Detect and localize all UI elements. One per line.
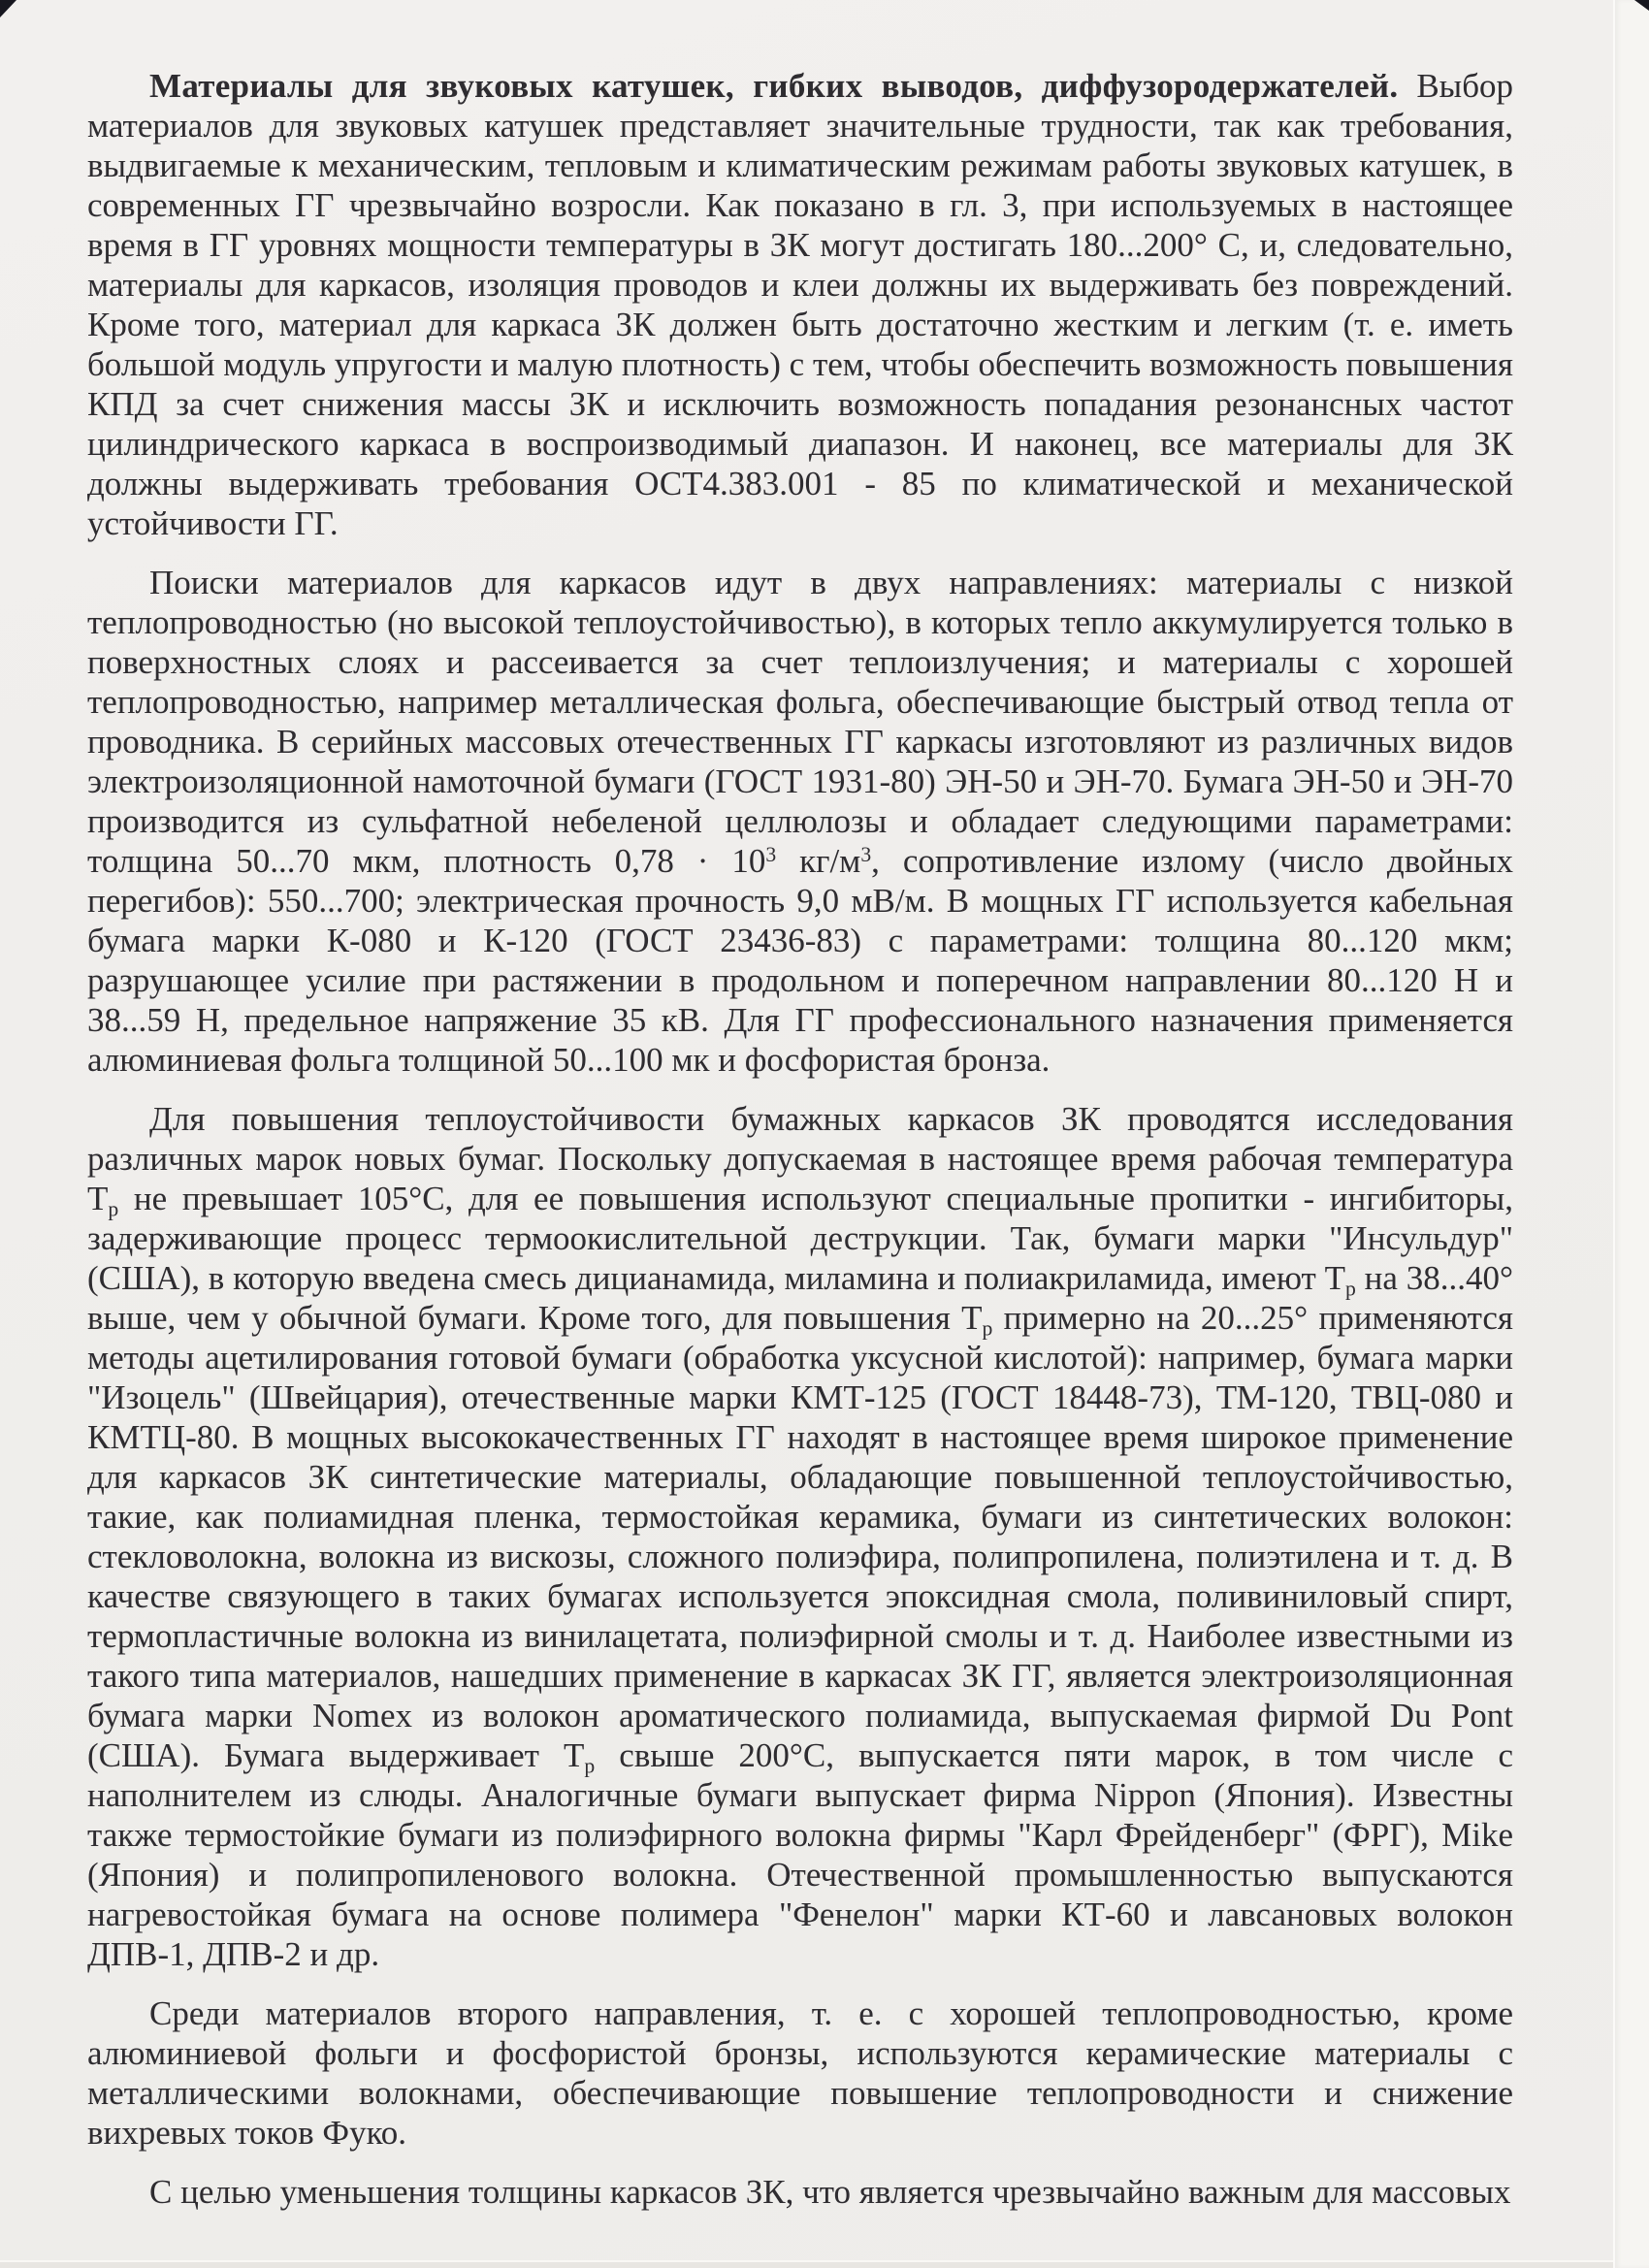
text-block: Материалы для звуковых катушек, гибких в… [87, 66, 1513, 2212]
paragraph-3: Для повышения теплоустойчивости бумажных… [87, 1099, 1513, 1974]
paragraph-1: Материалы для звуковых катушек, гибких в… [87, 66, 1513, 543]
paragraph-2: Поиски материалов для каркасов идут в дв… [87, 563, 1513, 1080]
paragraph-5: С целью уменьшения толщины каркасов ЗК, … [87, 2172, 1513, 2212]
superscript-run: 3 [765, 843, 776, 866]
text-run: не превышает 105°С, для ее повышения исп… [87, 1180, 1513, 1297]
text-run: Среди материалов второго направления, т.… [87, 1994, 1513, 2152]
text-run: примерно на 20...25° применяются методы … [87, 1299, 1513, 1774]
scanner-corner-top-left-icon [0, 0, 16, 17]
subscript-run: р [584, 1755, 595, 1778]
lead-sentence: Материалы для звуковых катушек, гибких в… [149, 67, 1398, 105]
page-right-edge [1613, 0, 1649, 2268]
superscript-run: 3 [860, 843, 871, 866]
text-run: кг/м [776, 842, 860, 880]
scanned-page: Материалы для звуковых катушек, гибких в… [0, 0, 1649, 2268]
subscript-run: р [1345, 1278, 1356, 1301]
text-run: С целью уменьшения толщины каркасов ЗК, … [149, 2173, 1511, 2211]
text-run: Выбор материалов для звуковых катушек пр… [87, 67, 1513, 542]
text-run: Поиски материалов для каркасов идут в дв… [87, 564, 1513, 880]
page-bottom-edge [0, 2260, 1613, 2268]
paper-sheet: Материалы для звуковых катушек, гибких в… [0, 0, 1613, 2260]
subscript-run: р [108, 1198, 118, 1221]
scanner-corner-top-right-icon [1634, 0, 1649, 11]
paragraph-4: Среди материалов второго направления, т.… [87, 1993, 1513, 2153]
subscript-run: р [983, 1317, 993, 1341]
